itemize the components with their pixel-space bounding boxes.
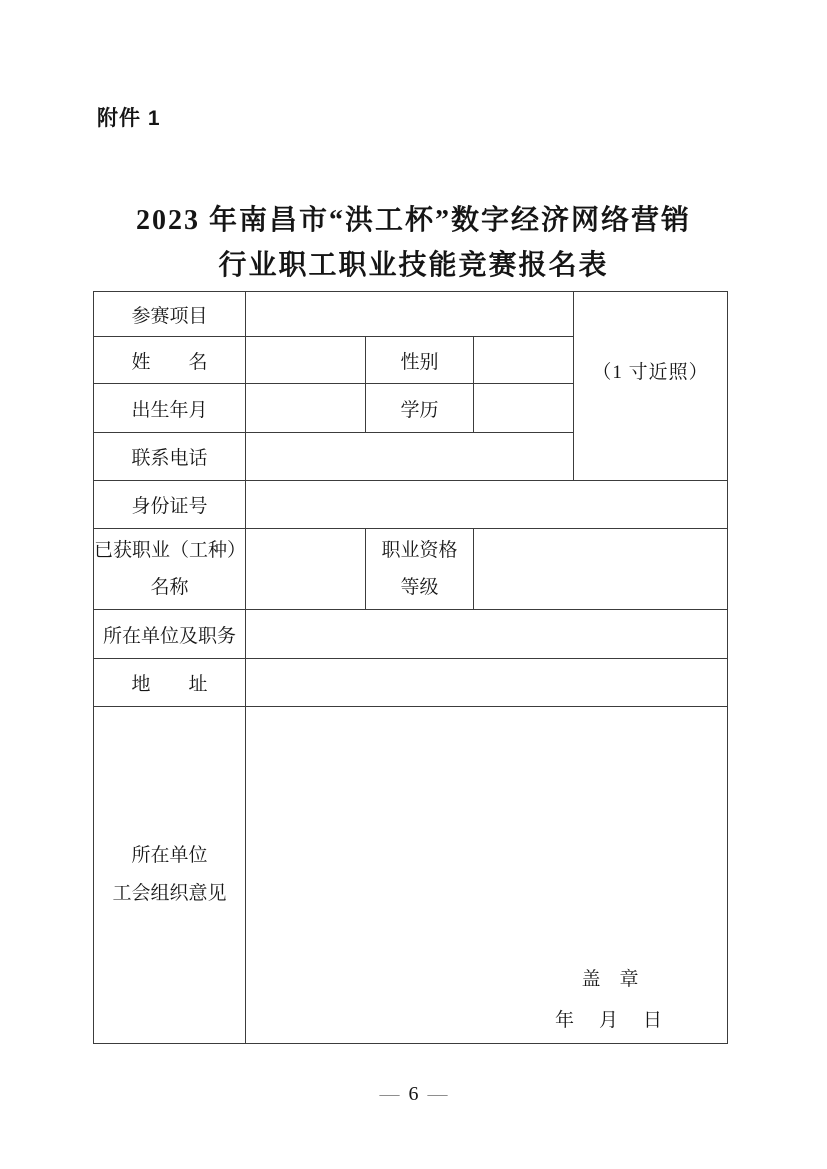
row-address: 地 址 [94,659,728,707]
field-label-union-line1: 所在单位 [94,837,245,875]
field-label-occupation-line2: 名称 [94,569,245,606]
page-number-value: 6 [409,1083,419,1105]
field-label-education: 学历 [366,384,474,433]
field-label-gender: 性别 [366,337,474,384]
doc-title: 2023 年南昌市“洪工杯”数字经济网络营销 行业职工职业技能竞赛报名表 [0,198,827,288]
row-project: 参赛项目 （1 寸近照） [94,292,728,337]
field-label-name: 姓 名 [94,337,246,384]
doc-title-line1: 2023 年南昌市“洪工杯”数字经济网络营销 [0,198,827,243]
seal-and-date-block: 盖 章 年 月 日 [555,959,665,1041]
doc-title-line2: 行业职工职业技能竞赛报名表 [0,243,827,288]
field-input-unit-position [246,610,728,659]
row-union-opinion: 所在单位 工会组织意见 盖 章 年 月 日 [94,707,728,1044]
row-occupation: 已获职业（工种） 名称 职业资格 等级 [94,529,728,610]
field-label-union-opinion: 所在单位 工会组织意见 [94,707,246,1044]
field-input-address [246,659,728,707]
field-label-occupation: 已获职业（工种） 名称 [94,529,246,610]
seal-label: 盖 章 [555,959,665,1000]
field-input-name [246,337,366,384]
field-input-qualification-level [474,529,728,610]
field-label-qualification-line2: 等级 [366,569,473,606]
field-input-education [474,384,574,433]
registration-form-table: 参赛项目 （1 寸近照） 姓 名 性别 出生年月 学历 联系电话 [93,291,728,1044]
field-label-birthdate: 出生年月 [94,384,246,433]
page-number-dash-right: — [428,1083,448,1105]
page-number-dash-left: — [380,1083,400,1105]
attachment-label: 附件 1 [97,102,161,132]
field-input-occupation [246,529,366,610]
field-input-union-opinion: 盖 章 年 月 日 [246,707,728,1044]
field-label-qualification-line1: 职业资格 [366,532,473,569]
page-number: —6— [0,1083,827,1106]
field-input-birthdate [246,384,366,433]
field-label-phone: 联系电话 [94,433,246,481]
field-input-phone [246,433,574,481]
field-label-unit-position: 所在单位及职务 [94,610,246,659]
field-input-project [246,292,574,337]
field-label-address: 地 址 [94,659,246,707]
field-label-union-line2: 工会组织意见 [94,875,245,913]
field-input-id-number [246,481,728,529]
photo-note: （1 寸近照） [592,362,708,383]
field-input-gender [474,337,574,384]
row-id-number: 身份证号 [94,481,728,529]
field-label-id-number: 身份证号 [94,481,246,529]
field-label-occupation-line1: 已获职业（工种） [94,532,245,569]
date-label: 年 月 日 [555,1000,665,1041]
row-unit-position: 所在单位及职务 [94,610,728,659]
field-label-project: 参赛项目 [94,292,246,337]
field-label-qualification-level: 职业资格 等级 [366,529,474,610]
photo-box: （1 寸近照） [574,292,728,481]
